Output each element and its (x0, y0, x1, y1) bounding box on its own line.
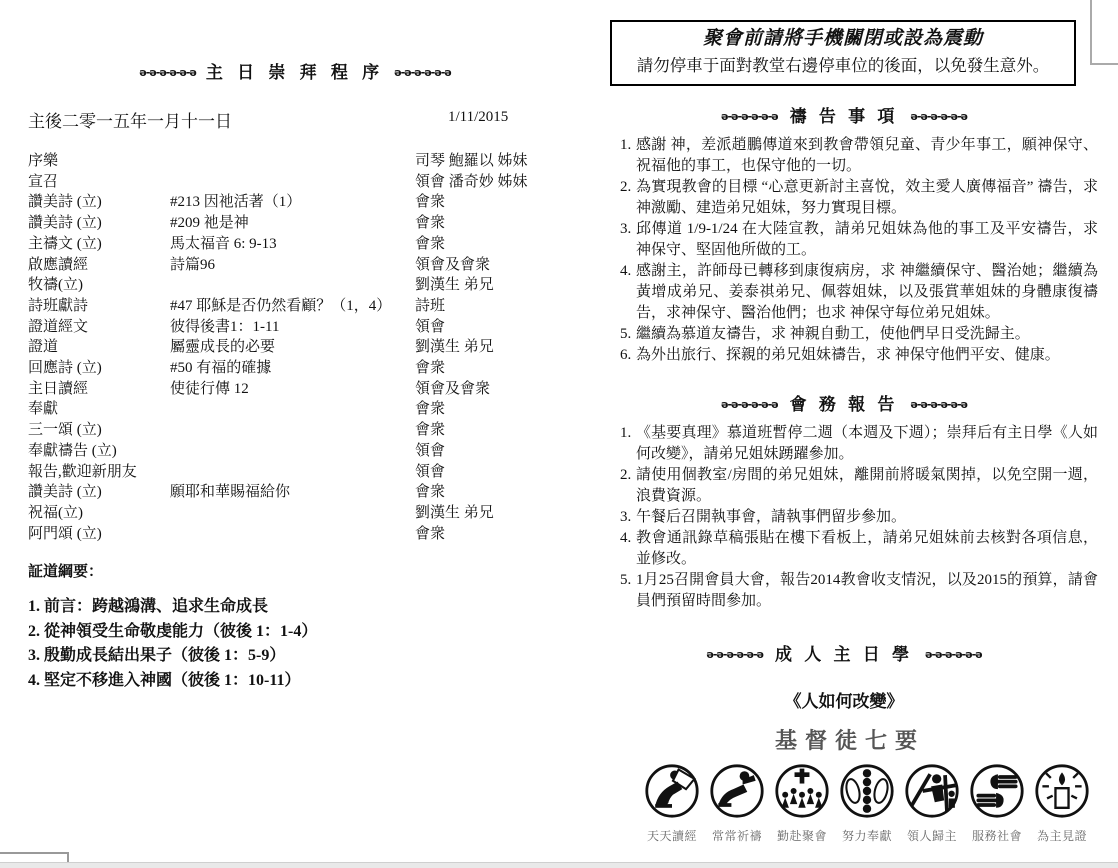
essential-label: 勤赴聚會 (773, 827, 831, 844)
page-title: ə-ə-ə-ə-ə-ə主 日 崇 拜 程 序ə-ə-ə-ə-ə-ə (28, 58, 562, 83)
read-bible-icon (644, 763, 700, 819)
scroll-ornament-icon: ə-ə-ə-ə-ə-ə (394, 66, 451, 79)
program-item: 證道 (28, 337, 170, 358)
essential-item: 領人歸主 (903, 763, 961, 844)
report-item: 4.教會通訊錄草稿張貼在樓下看板上，請弟兄姐妹前去核對各項信息，並修改。 (608, 528, 1100, 570)
item-number: 1. (608, 423, 636, 465)
witness-icon (1034, 763, 1090, 819)
item-text: 請使用個教室/房間的弟兄姐妹，離開前將暖氣関掉，以免空開一週，浪費資源。 (636, 465, 1100, 507)
item-number: 3. (608, 219, 636, 261)
program-who: 領會 (415, 317, 562, 338)
program-table: 序樂司琴 鮑羅以 姊妹 宣召領會 潘奇妙 姊妹 讚美詩 (立)#213 因祂活著… (28, 151, 562, 544)
program-who: 劉漢生 弟兄 (415, 337, 562, 358)
notice-line1: 聚會前請將手機關閉或設為震動 (618, 26, 1068, 52)
page-title-text: 主 日 崇 拜 程 序 (206, 63, 384, 82)
item-text: 感謝 神，差派趙鵬傳道來到教會帶領兒童、青少年事工，願神保守、祝福他的事工，也保… (636, 135, 1100, 177)
serve-society-icon (969, 763, 1025, 819)
essential-item: 服務社會 (968, 763, 1026, 844)
program-detail (170, 420, 415, 441)
outline-point: 1. 前言：跨越鴻溝、追求生命成長 (28, 595, 562, 620)
program-who: 領會及會衆 (415, 255, 562, 276)
report-item: 1.《基要真理》慕道班暫停二週（本週及下週）；崇拜后有主日學《人如何改變》，請弟… (608, 423, 1100, 465)
program-detail: #50 有福的確據 (170, 358, 415, 379)
program-item: 回應詩 (立) (28, 358, 170, 379)
program-who: 會衆 (415, 420, 562, 441)
sermon-outline-title: 証道綱要： (28, 560, 562, 581)
essential-item: 為主見證 (1033, 763, 1091, 844)
program-detail: #213 因祂活著（1） (170, 192, 415, 213)
program-item: 牧禱(立) (28, 275, 170, 296)
item-text: 教會通訊錄草稿張貼在樓下看板上，請弟兄姐妹前去核對各項信息，並修改。 (636, 528, 1100, 570)
outline-point: 3. 殷勤成長結出果子（彼後 1：5-9） (28, 644, 562, 669)
scroll-ornament-icon: ə-ə-ə-ə-ə-ə (910, 110, 967, 123)
program-detail (170, 275, 415, 296)
item-number: 5. (608, 570, 636, 612)
essential-label: 常常祈禱 (708, 827, 766, 844)
program-who: 領會 (415, 462, 562, 483)
prayer-item: 3.邱傳道 1/9-1/24 在大陸宣教，請弟兄姐妹為他的事工及平安禱告，求神保… (608, 219, 1100, 261)
program-who: 會衆 (415, 213, 562, 234)
page-edge-strip (0, 862, 1118, 868)
program-item: 啟應讀經 (28, 255, 170, 276)
notice-line2: 請勿停車于面對教堂右邊停車位的後面，以免發生意外。 (618, 54, 1068, 78)
essential-item: 勤赴聚會 (773, 763, 831, 844)
program-detail (170, 503, 415, 524)
announcements-page: 聚會前請將手機關閉或設為震動 請勿停車于面對教堂右邊停車位的後面，以免發生意外。… (608, 20, 1100, 844)
seven-essentials-title: 基督徒七要 (608, 724, 1092, 755)
program-detail (170, 524, 415, 545)
program-who: 領會 潘奇妙 姊妹 (415, 172, 562, 193)
program-who: 司琴 鮑羅以 姊妹 (415, 151, 562, 172)
item-text: 邱傳道 1/9-1/24 在大陸宣教，請弟兄姐妹為他的事工及平安禱告，求神保守、… (636, 219, 1100, 261)
prayer-section-title: ə-ə-ə-ə-ə-ə禱 告 事 項ə-ə-ə-ə-ə-ə (608, 102, 1080, 127)
item-text: 1月25召開會員大會，報告2014教會收支情況，以及2015的預算，請會員們預留… (636, 570, 1100, 612)
item-number: 5. (608, 324, 636, 345)
notice-box: 聚會前請將手機關閉或設為震動 請勿停車于面對教堂右邊停車位的後面，以免發生意外。 (610, 20, 1076, 86)
item-text: 《基要真理》慕道班暫停二週（本週及下週）；崇拜后有主日學《人如何改變》，請弟兄姐… (636, 423, 1100, 465)
program-item: 奉獻禱告 (立) (28, 441, 170, 462)
program-who: 領會及會衆 (415, 379, 562, 400)
scroll-ornament-icon: ə-ə-ə-ə-ə-ə (139, 66, 196, 79)
program-item: 主日讀經 (28, 379, 170, 400)
program-who: 會衆 (415, 234, 562, 255)
program-item: 讚美詩 (立) (28, 192, 170, 213)
prayer-item: 1.感謝 神，差派趙鵬傳道來到教會帶領兒童、青少年事工，願神保守、祝福他的事工，… (608, 135, 1100, 177)
essential-item: 努力奉獻 (838, 763, 896, 844)
program-item: 讚美詩 (立) (28, 482, 170, 503)
report-section-title: ə-ə-ə-ə-ə-ə會 務 報 告ə-ə-ə-ə-ə-ə (608, 390, 1080, 415)
program-who: 劉漢生 弟兄 (415, 503, 562, 524)
program-who: 領會 (415, 441, 562, 462)
prayer-list: 1.感謝 神，差派趙鵬傳道來到教會帶領兒童、青少年事工，願神保守、祝福他的事工，… (608, 135, 1100, 366)
program-detail: #209 祂是神 (170, 213, 415, 234)
scroll-ornament-icon: ə-ə-ə-ə-ə-ə (706, 648, 763, 661)
program-detail: 使徒行傳 12 (170, 379, 415, 400)
program-item: 阿門頌 (立) (28, 524, 170, 545)
item-text: 繼續為慕道友禱告，求 神親自動工，使他們早日受洗歸主。 (636, 324, 1100, 345)
item-text: 感謝主，許師母已轉移到康復病房，求 神繼續保守、醫治她；繼續為黃增成弟兄、姜泰祺… (636, 261, 1100, 324)
prayer-title-text: 禱 告 事 項 (790, 107, 899, 126)
report-item: 3.午餐后召開執事會，請執事們留步參加。 (608, 507, 1100, 528)
scroll-ornament-icon: ə-ə-ə-ə-ə-ə (910, 398, 967, 411)
program-item: 三一頌 (立) (28, 420, 170, 441)
scroll-ornament-icon: ə-ə-ə-ə-ə-ə (925, 648, 982, 661)
item-number: 6. (608, 345, 636, 366)
item-number: 4. (608, 261, 636, 324)
date-row: 主後二零一五年一月十一日 1/11/2015 (28, 107, 562, 129)
program-item: 證道經文 (28, 317, 170, 338)
program-detail (170, 399, 415, 420)
scan-corner-mark (1090, 0, 1118, 65)
report-title-text: 會 務 報 告 (790, 395, 899, 414)
program-item: 祝福(立) (28, 503, 170, 524)
program-who: 會衆 (415, 192, 562, 213)
program-who: 會衆 (415, 399, 562, 420)
item-text: 午餐后召開執事會，請執事們留步參加。 (636, 507, 1100, 528)
program-detail: 彼得後書1：1-11 (170, 317, 415, 338)
prayer-item: 5.繼續為慕道友禱告，求 神親自動工，使他們早日受洗歸主。 (608, 324, 1100, 345)
program-detail: 願耶和華賜福給你 (170, 482, 415, 503)
program-detail (170, 441, 415, 462)
program-item: 宣召 (28, 172, 170, 193)
prayer-item: 4.感謝主，許師母已轉移到康復病房，求 神繼續保守、醫治她；繼續為黃增成弟兄、姜… (608, 261, 1100, 324)
program-who: 會衆 (415, 524, 562, 545)
item-text: 為實現教會的目標 “心意更新討主喜悅，效主愛人廣傳福音” 禱告，求 神激勵、建造… (636, 177, 1100, 219)
program-detail: #47 耶穌是否仍然看顧？（1，4） (170, 296, 415, 317)
program-detail: 詩篇96 (170, 255, 415, 276)
program-detail (170, 172, 415, 193)
essential-item: 常常祈禱 (708, 763, 766, 844)
scroll-ornament-icon: ə-ə-ə-ə-ə-ə (721, 398, 778, 411)
prayer-item: 2.為實現教會的目標 “心意更新討主喜悅，效主愛人廣傳福音” 禱告，求 神激勵、… (608, 177, 1100, 219)
sermon-outline: 1. 前言：跨越鴻溝、追求生命成長 2. 從神領受生命敬虔能力（彼後 1：1-4… (28, 595, 562, 693)
book-title: 《人如何改變》 (608, 687, 1080, 712)
prayer-item: 6.為外出旅行、探親的弟兄姐妹禱告，求 神保守他們平安、健康。 (608, 345, 1100, 366)
program-detail: 馬太福音 6: 9-13 (170, 234, 415, 255)
date-numeric: 1/11/2015 (448, 109, 508, 126)
program-detail (170, 151, 415, 172)
program-item: 奉獻 (28, 399, 170, 420)
essential-label: 天天讀經 (643, 827, 701, 844)
program-item: 主禱文 (立) (28, 234, 170, 255)
program-item: 序樂 (28, 151, 170, 172)
essential-label: 努力奉獻 (838, 827, 896, 844)
item-number: 3. (608, 507, 636, 528)
report-item: 5.1月25召開會員大會，報告2014教會收支情況，以及2015的預算，請會員們… (608, 570, 1100, 612)
date-chinese: 主後二零一五年一月十一日 (28, 112, 232, 131)
sunday-school-title: ə-ə-ə-ə-ə-ə成 人 主 日 學ə-ə-ə-ə-ə-ə (608, 640, 1080, 665)
program-detail: 屬靈成長的必要 (170, 337, 415, 358)
program-detail (170, 462, 415, 483)
essential-label: 為主見證 (1033, 827, 1091, 844)
school-title-text: 成 人 主 日 學 (775, 645, 913, 664)
item-number: 1. (608, 135, 636, 177)
essential-label: 領人歸主 (903, 827, 961, 844)
item-text: 為外出旅行、探親的弟兄姐妹禱告，求 神保守他們平安、健康。 (636, 345, 1100, 366)
program-item: 報告,歡迎新朋友 (28, 462, 170, 483)
pray-icon (709, 763, 765, 819)
item-number: 4. (608, 528, 636, 570)
essential-item: 天天讀經 (643, 763, 701, 844)
offering-icon (839, 763, 895, 819)
report-item: 2.請使用個教室/房間的弟兄姐妹，離開前將暖氣関掉，以免空開一週，浪費資源。 (608, 465, 1100, 507)
program-who: 詩班 (415, 296, 562, 317)
program-who: 會衆 (415, 358, 562, 379)
item-number: 2. (608, 465, 636, 507)
program-who: 劉漢生 弟兄 (415, 275, 562, 296)
scroll-ornament-icon: ə-ə-ə-ə-ə-ə (721, 110, 778, 123)
essential-label: 服務社會 (968, 827, 1026, 844)
seven-essentials-icons: 天天讀經 常常祈禱 勤赴聚會 努力奉獻 領人歸主 服務社會 為主見證 (634, 763, 1100, 844)
outline-point: 2. 從神領受生命敬虔能力（彼後 1：1-4） (28, 620, 562, 645)
program-item: 詩班獻詩 (28, 296, 170, 317)
program-item: 讚美詩 (立) (28, 213, 170, 234)
outline-point: 4. 堅定不移進入神國（彼後 1：10-11） (28, 669, 562, 694)
item-number: 2. (608, 177, 636, 219)
lead-to-christ-icon (904, 763, 960, 819)
gather-icon (774, 763, 830, 819)
program-who: 會衆 (415, 482, 562, 503)
worship-order-page: ə-ə-ə-ə-ə-ə主 日 崇 拜 程 序ə-ə-ə-ə-ə-ə 主後二零一五… (28, 58, 562, 693)
report-list: 1.《基要真理》慕道班暫停二週（本週及下週）；崇拜后有主日學《人如何改變》，請弟… (608, 423, 1100, 612)
